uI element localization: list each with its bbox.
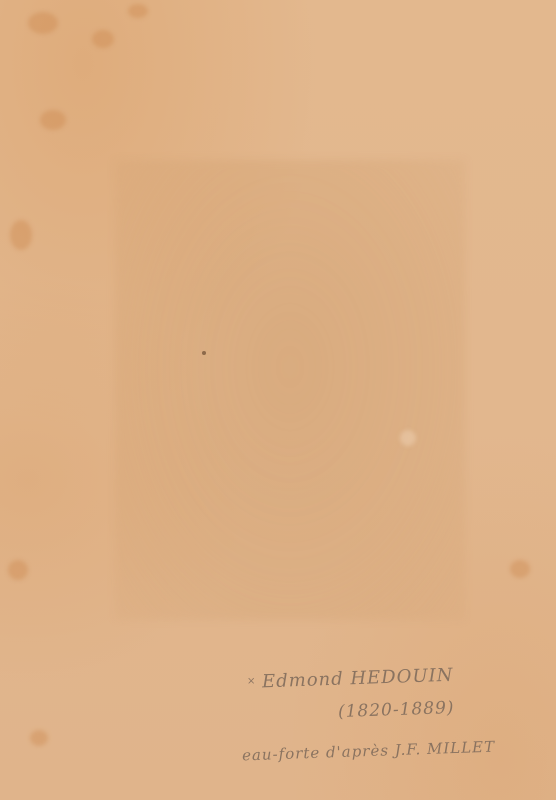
foxing-spot <box>128 4 148 18</box>
inscription-artist: Edmond HEDOUIN <box>262 665 454 693</box>
foxing-spot <box>30 730 48 746</box>
foxing-spot <box>92 30 114 48</box>
foxing-spot <box>28 12 58 34</box>
foxing-spot <box>40 110 66 130</box>
foxing-spot <box>510 560 530 578</box>
inscription-dates: (1820-1889) <box>338 698 455 722</box>
foxing-spot <box>8 560 28 580</box>
foxing-spot <box>10 220 32 250</box>
inscription-technique: eau-forte d'après J.F. MILLET <box>242 738 496 765</box>
pencil-mark: × <box>247 676 255 687</box>
paper-sheet: × Edmond HEDOUIN (1820-1889) eau-forte d… <box>0 0 556 800</box>
ink-dot <box>202 351 206 355</box>
light-spot <box>400 430 416 446</box>
plate-mark-ghost <box>115 160 465 620</box>
